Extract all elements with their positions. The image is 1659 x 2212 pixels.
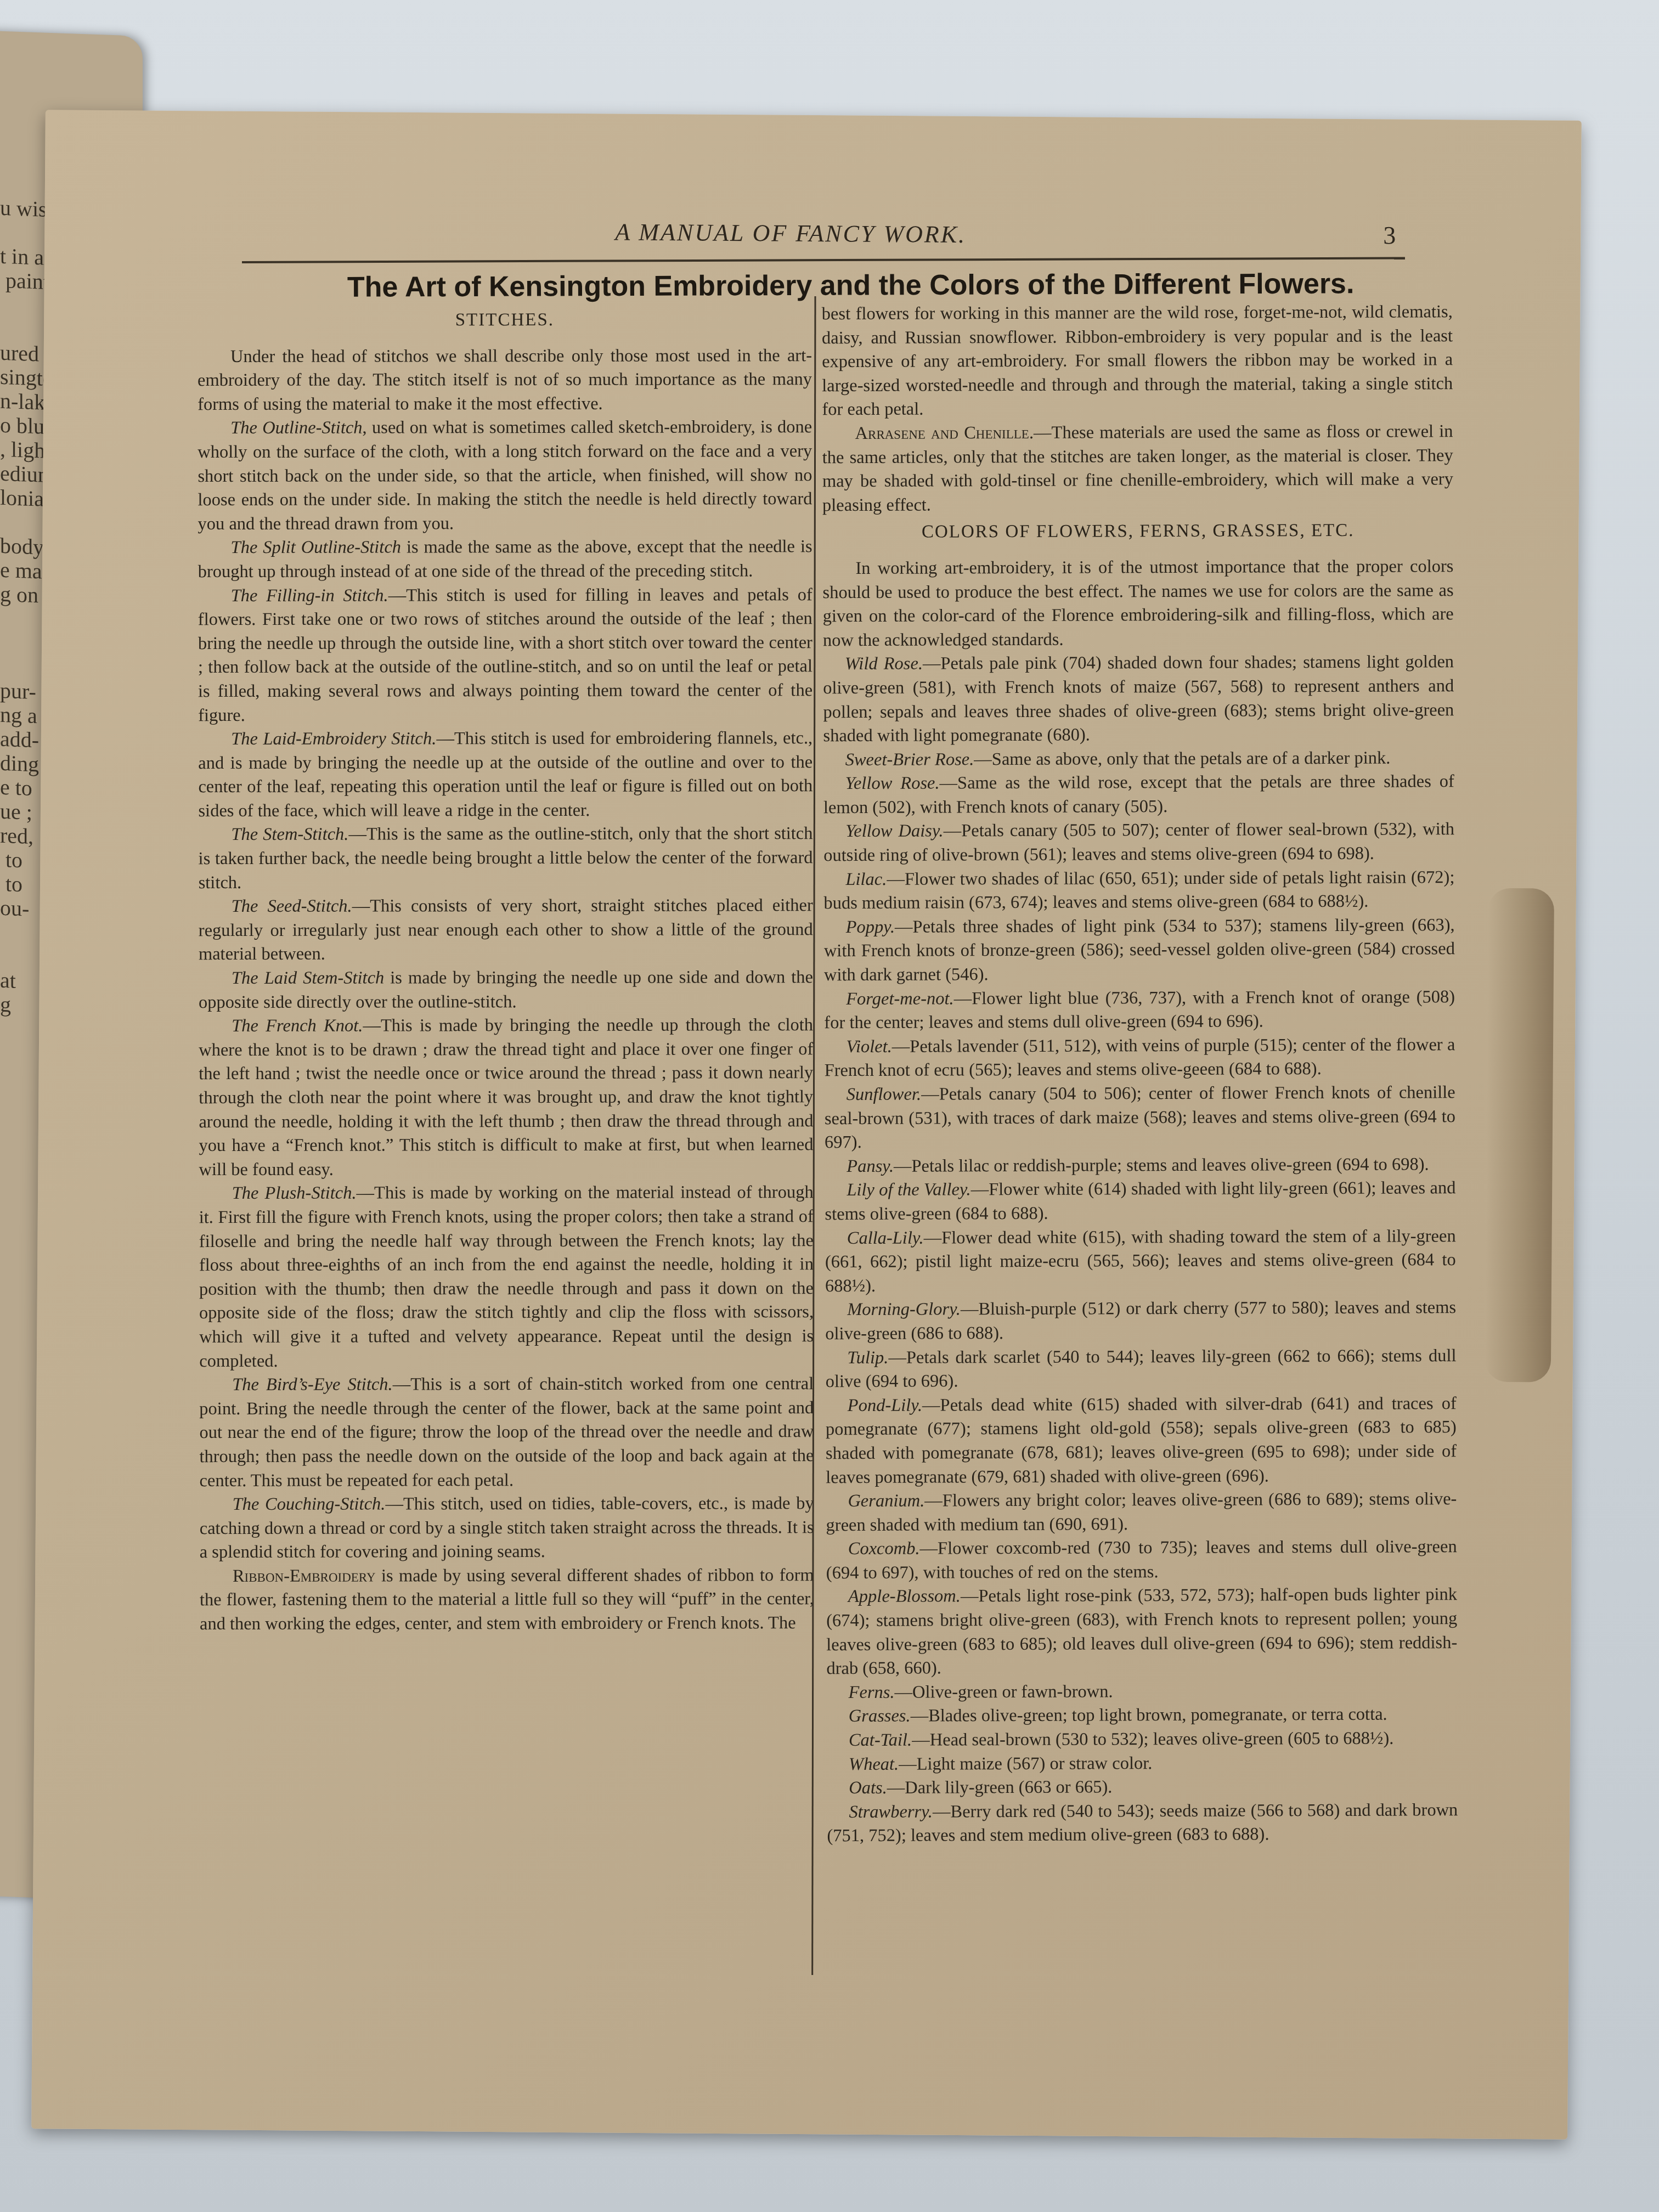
facing-page-text-fragment: g [0, 992, 11, 1017]
facing-page-text-fragment: body, [0, 534, 48, 560]
stitch-name: The Plush-Stitch. [232, 1183, 357, 1203]
flower-entry: Coxcomb.—Flower coxcomb-red (730 to 735)… [826, 1536, 1457, 1585]
flower-entry: Yellow Daisy.—Petals canary (505 to 507)… [823, 818, 1454, 868]
stitch-paragraph: Under the head of stitchos we shall desc… [198, 344, 812, 417]
section-heading-stitches: STITCHES. [198, 308, 812, 333]
flower-name: Yellow Daisy. [845, 821, 944, 842]
section-heading-colors: COLORS OF FLOWERS, FERNS, GRASSES, ETC. [822, 519, 1453, 545]
colors-intro: In working art-embroidery, it is of the … [822, 555, 1454, 652]
flower-name: Ferns. [849, 1683, 895, 1702]
stitch-paragraph: The Split Outline-Stitch is made the sam… [198, 535, 812, 584]
stitch-paragraph: The Laid Stem-Stitch is made by bringing… [199, 966, 813, 1014]
flower-entry: Pansy.—Petals lilac or reddish-purple; s… [825, 1153, 1455, 1179]
stitch-name: The Outline-Stitch [230, 418, 362, 438]
flower-entry: Poppy.—Petals three shades of light pink… [824, 913, 1455, 988]
flower-name: Sunflower. [847, 1085, 921, 1104]
flower-entry: Geranium.—Flowers any bright color; leav… [826, 1487, 1457, 1537]
flower-entry: Wheat.—Light maize (567) or straw color. [827, 1751, 1458, 1777]
flower-name: Strawberry. [849, 1802, 933, 1822]
flower-name: Pansy. [847, 1156, 894, 1176]
arrasene-paragraph: Arrasene and Chenille.—These materials a… [822, 420, 1454, 517]
stitch-paragraph: The Laid-Embroidery Stitch.—This stitch … [198, 726, 812, 823]
stitch-name: The Laid-Embroidery Stitch. [231, 729, 436, 749]
section-lead: Ribbon-Embroidery [233, 1566, 376, 1585]
flower-entry: Lily of the Valley.—Flower white (614) s… [825, 1177, 1455, 1227]
flower-name: Wheat. [849, 1754, 899, 1774]
stitch-name: The French Knot. [232, 1016, 363, 1036]
article-title: The Art of Kensington Embroidery and the… [275, 267, 1427, 304]
facing-page-text-fragment: g on [0, 582, 38, 607]
facing-page-text-fragment: ng a [0, 703, 37, 728]
stitch-name: The Couching-Stitch. [233, 1494, 386, 1514]
flower-name: Sweet-Brier Rose. [845, 749, 974, 770]
flower-name: Coxcomb. [848, 1539, 920, 1559]
stitch-name: The Filling-in Stitch. [231, 585, 388, 606]
flower-name: Wild Rose. [845, 654, 923, 674]
stitch-name: The Bird’s-Eye Stitch. [232, 1375, 392, 1395]
stitch-paragraph: The Couching-Stitch.—This stitch, used o… [200, 1492, 814, 1565]
facing-page-text-fragment: red, [0, 823, 33, 849]
flower-name: Pond-Lily. [848, 1395, 922, 1415]
flower-name: Lilac. [845, 870, 887, 889]
ribbon-continuation: best flowers for working in this manner … [822, 300, 1453, 422]
stitch-paragraph: The Filling-in Stitch.—This stitch is us… [198, 583, 812, 728]
stitch-name: The Seed-Stitch. [232, 896, 352, 916]
flower-entry: Tulip.—Petals dark scarlet (540 to 544);… [825, 1344, 1456, 1394]
flower-entry: Ferns.—Olive-green or fawn-brown. [827, 1679, 1458, 1705]
header-rule [242, 257, 1405, 263]
flower-entry: Apple-Blossom.—Petals light rose-pink (5… [826, 1583, 1458, 1681]
flower-entry: Oats.—Dark lily-green (663 or 665). [827, 1774, 1458, 1801]
flower-entry: Calla-Lily.—Flower dead white (615), wit… [825, 1224, 1456, 1299]
flower-entry: Lilac.—Flower two shades of lilac (650, … [823, 866, 1454, 916]
flower-entry: Sunflower.—Petals canary (504 to 506); c… [825, 1081, 1455, 1155]
flower-name: Tulip. [847, 1347, 888, 1367]
page-number: 3 [1383, 221, 1396, 250]
flower-entry: Wild Rose.—Petals pale pink (704) shaded… [823, 651, 1454, 748]
facing-page-text-fragment: ue ; [0, 799, 32, 825]
stitch-paragraph: The Bird’s-Eye Stitch.—This is a sort of… [199, 1372, 814, 1493]
stitch-paragraph: The Seed-Stitch.—This consists of very s… [199, 894, 813, 967]
flower-entry: Grasses.—Blades olive-green; top light b… [827, 1703, 1458, 1729]
facing-page-text-fragment: e to [0, 775, 32, 800]
flower-name: Forget-me-not. [846, 989, 954, 1009]
facing-page-text-fragment: at [0, 968, 16, 993]
arrasene-lead: Arrasene and Chenille. [855, 423, 1034, 443]
facing-page-text-fragment: pur- [0, 679, 36, 704]
book-page: A MANUAL OF FANCY WORK. 3 The Art of Ken… [31, 110, 1582, 2139]
flower-name: Apple-Blossom. [848, 1587, 961, 1607]
flower-name: Morning-Glory. [847, 1300, 961, 1320]
stitch-paragraph: Ribbon-Embroidery is made by using sever… [200, 1564, 814, 1637]
flower-entry: Forget-me-not.—Flower light blue (736, 7… [824, 985, 1455, 1035]
flower-name: Geranium. [848, 1491, 924, 1511]
water-stain [1485, 888, 1554, 1383]
flower-name: Calla-Lily. [847, 1228, 924, 1248]
stitch-paragraph: The French Knot.—This is made by bringin… [199, 1013, 814, 1182]
stitch-name: The Stem-Stitch. [231, 825, 348, 844]
flower-entry: Strawberry.—Berry dark red (540 to 543);… [827, 1798, 1458, 1848]
stitch-name: The Laid Stem-Stitch [232, 968, 384, 988]
stitch-name: The Split Outline-Stitch [231, 538, 402, 558]
flower-name: Grasses. [849, 1706, 911, 1726]
flower-entry: Cat-Tail.—Head seal-brown (530 to 532); … [827, 1726, 1458, 1753]
stitch-paragraph: The Outline-Stitch, used on what is some… [198, 416, 812, 537]
facing-page-text-fragment: to [0, 872, 22, 896]
stitch-paragraph: The Stem-Stitch.—This is the same as the… [198, 822, 812, 895]
facing-page-text-fragment: add- [0, 727, 39, 752]
flower-name: Poppy. [846, 917, 895, 937]
running-head: A MANUAL OF FANCY WORK. [615, 218, 966, 249]
flower-entry: Morning-Glory.—Bluish-purple (512) or da… [825, 1296, 1456, 1346]
facing-page-text-fragment: ding [0, 751, 39, 776]
flower-entry: Sweet-Brier Rose.—Same as above, only th… [823, 746, 1454, 772]
flower-entry: Yellow Rose.—Same as the wild rose, exce… [823, 770, 1454, 820]
flower-entry: Violet.—Petals lavender (511, 512), with… [824, 1033, 1455, 1083]
facing-page-text-fragment: to [0, 848, 22, 872]
flower-name: Oats. [849, 1778, 887, 1798]
left-column: STITCHES. Under the head of stitchos we … [198, 304, 814, 1637]
flower-entry: Pond-Lily.—Petals dead white (615) shade… [826, 1392, 1457, 1489]
stitch-paragraph: The Plush-Stitch.—This is made by workin… [199, 1181, 814, 1374]
flower-name: Yellow Rose. [845, 774, 940, 794]
flower-name: Cat-Tail. [849, 1730, 912, 1750]
flower-name: Violet. [846, 1037, 891, 1057]
flower-name: Lily of the Valley. [847, 1180, 970, 1200]
right-column: best flowers for working in this manner … [822, 300, 1458, 1848]
facing-page-text-fragment: ou- [0, 896, 29, 921]
